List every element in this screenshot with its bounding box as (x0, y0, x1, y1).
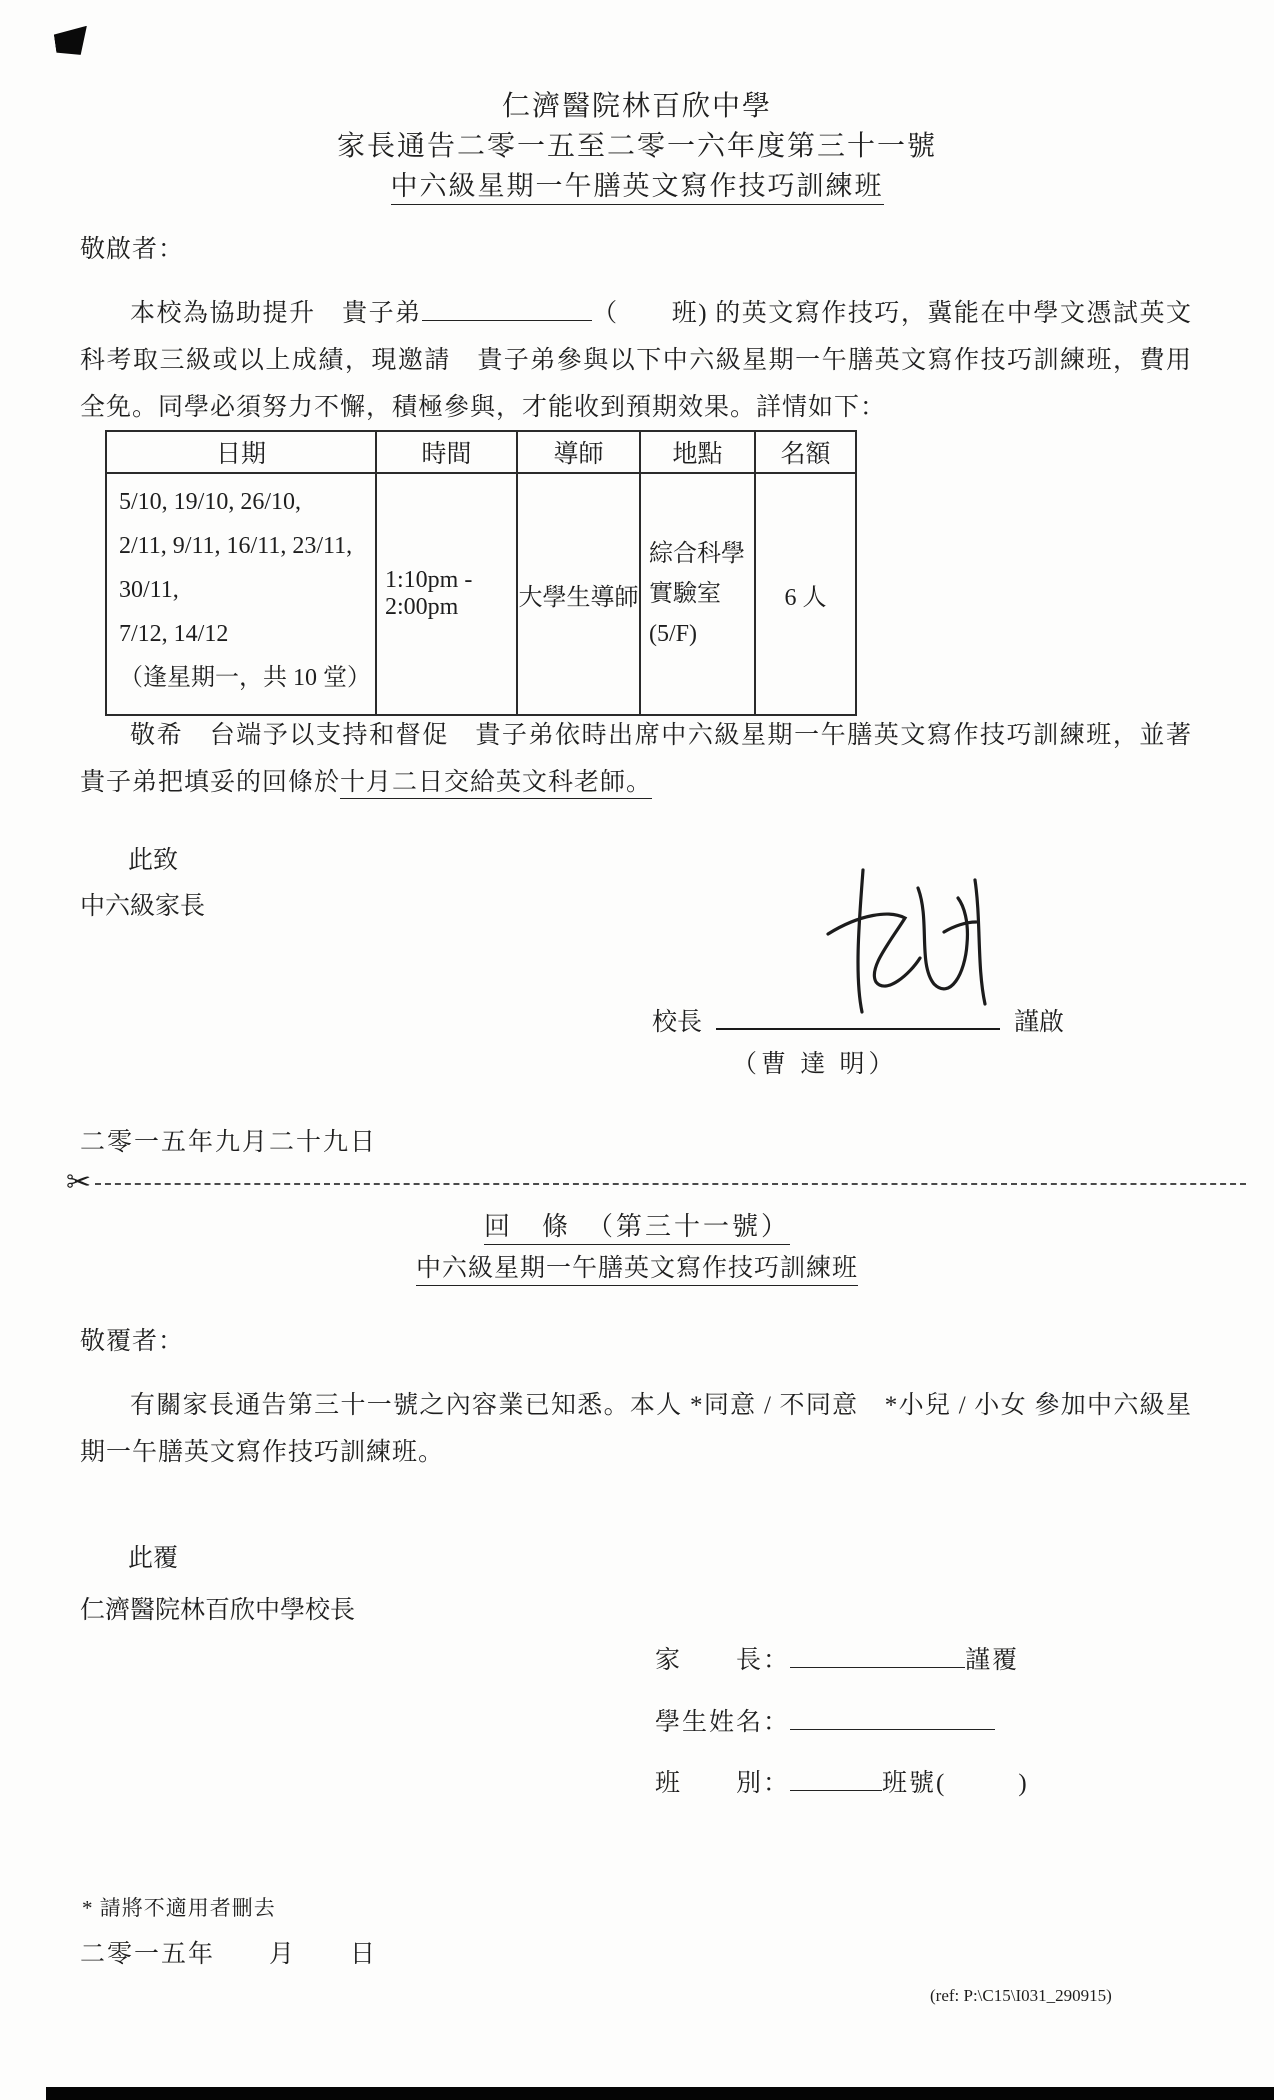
tutor-cell: 大學生導師 (517, 473, 640, 715)
subject-title-text: 中六級星期一午膳英文寫作技巧訓練班 (391, 171, 884, 205)
cut-line: ✂ (66, 1168, 1246, 1198)
request-paragraph: 敬希 台端予以支持和督促 貴子弟依時出席中六級星期一午膳英文寫作技巧訓練班，並著… (80, 712, 1192, 806)
venue-cell: 綜合科學 實驗室(5/F) (640, 473, 755, 715)
principal-name: （曹 達 明） (732, 1044, 898, 1080)
parent-signature-field: 家 長：謹覆 (655, 1640, 1019, 1676)
col-header-venue: 地點 (640, 431, 755, 473)
closing-cizhi: 此致 (128, 840, 178, 876)
schedule-data-row: 5/10, 19/10, 26/10, 2/11, 9/11, 16/11, 2… (106, 473, 856, 715)
ref-code: (ref: P:\C15\I031_290915) (930, 1986, 1112, 2006)
parent-field-suffix: 謹覆 (965, 1647, 1019, 1674)
col-header-time: 時間 (376, 431, 517, 473)
respect-label: 謹啟 (1014, 1002, 1064, 1038)
deadline-underlined: 十月二日交給英文科老師。 (340, 769, 652, 799)
class-field-blank (790, 1766, 882, 1791)
date-cell: 5/10, 19/10, 26/10, 2/11, 9/11, 16/11, 2… (106, 473, 376, 715)
scan-bottom-edge-artifact (46, 2087, 1274, 2100)
reply-slip-title: 回 條 （第三十一號） (0, 1206, 1274, 1243)
student-name-field-blank (790, 1705, 995, 1730)
intro-paragraph-prefix: 本校為協助提升 貴子弟 (130, 300, 422, 327)
venue-line: 綜合科學 (649, 534, 754, 574)
col-header-tutor: 導師 (517, 431, 640, 473)
date-line: 7/12, 14/12 (119, 612, 365, 656)
salutation: 敬啟者： (80, 226, 1192, 273)
parent-signature-blank (790, 1643, 965, 1668)
schedule-table: 日期 時間 導師 地點 名額 5/10, 19/10, 26/10, 2/11,… (105, 430, 857, 716)
student-field-label: 學生姓名： (655, 1709, 790, 1736)
class-field-label: 班 別： (655, 1770, 790, 1797)
parent-field-label: 家 長： (655, 1647, 790, 1674)
student-name-field: 學生姓名： (655, 1702, 995, 1738)
scan-corner-artifact (53, 26, 91, 58)
time-cell: 1:10pm - 2:00pm (376, 473, 517, 715)
scissors-icon: ✂ (66, 1168, 91, 1198)
class-number-label: 班號( (882, 1770, 946, 1797)
issue-date: 二零一五年九月二十九日 (80, 1122, 377, 1158)
class-field: 班 別：班號() (655, 1763, 1029, 1799)
student-name-blank (422, 296, 592, 321)
venue-line: 實驗室(5/F) (649, 574, 754, 654)
reply-paragraph: 有關家長通告第三十一號之內容業已知悉。本人 *同意 / 不同意 *小兒 / 小女… (80, 1382, 1192, 1476)
principal-label: 校長 (652, 1002, 702, 1038)
reply-salutation: 敬覆者： (80, 1318, 1192, 1365)
dashed-rule (95, 1183, 1246, 1185)
scanned-notice-page: 仁濟醫院林百欣中學 家長通告二零一五至二零一六年度第三十一號 中六級星期一午膳英… (0, 0, 1274, 2100)
notice-number-title: 家長通告二零一五至二零一六年度第三十一號 (0, 124, 1274, 164)
closing-recipient: 中六級家長 (80, 886, 205, 922)
quota-cell: 6 人 (755, 473, 856, 715)
subject-title: 中六級星期一午膳英文寫作技巧訓練班 (0, 164, 1274, 203)
col-header-date: 日期 (106, 431, 376, 473)
schedule-header-row: 日期 時間 導師 地點 名額 (106, 431, 856, 473)
class-number-close-paren: ) (1018, 1770, 1028, 1797)
date-line: 2/11, 9/11, 16/11, 23/11, 30/11, (119, 524, 365, 612)
reply-addressee: 仁濟醫院林百欣中學校長 (80, 1590, 355, 1626)
reply-slip-subtitle: 中六級星期一午膳英文寫作技巧訓練班 (0, 1248, 1274, 1284)
intro-paragraph: 本校為協助提升 貴子弟（ 班) 的英文寫作技巧，冀能在中學文憑試英文科考取三級或… (80, 290, 1192, 431)
reply-slip-title-text: 回 條 （第三十一號） (484, 1212, 790, 1245)
reply-cifu: 此覆 (128, 1538, 178, 1574)
date-line: 5/10, 19/10, 26/10, (119, 480, 365, 524)
delete-inapplicable-note: * 請將不適用者刪去 (82, 1892, 276, 1922)
reply-slip-subtitle-text: 中六級星期一午膳英文寫作技巧訓練班 (416, 1255, 858, 1286)
signature-line (716, 998, 1000, 1030)
col-header-quota: 名額 (755, 431, 856, 473)
school-name: 仁濟醫院林百欣中學 (0, 84, 1274, 124)
date-line: （逢星期一，共 10 堂） (119, 656, 365, 700)
reply-date-blank: 二零一五年 月 日 (80, 1934, 377, 1970)
